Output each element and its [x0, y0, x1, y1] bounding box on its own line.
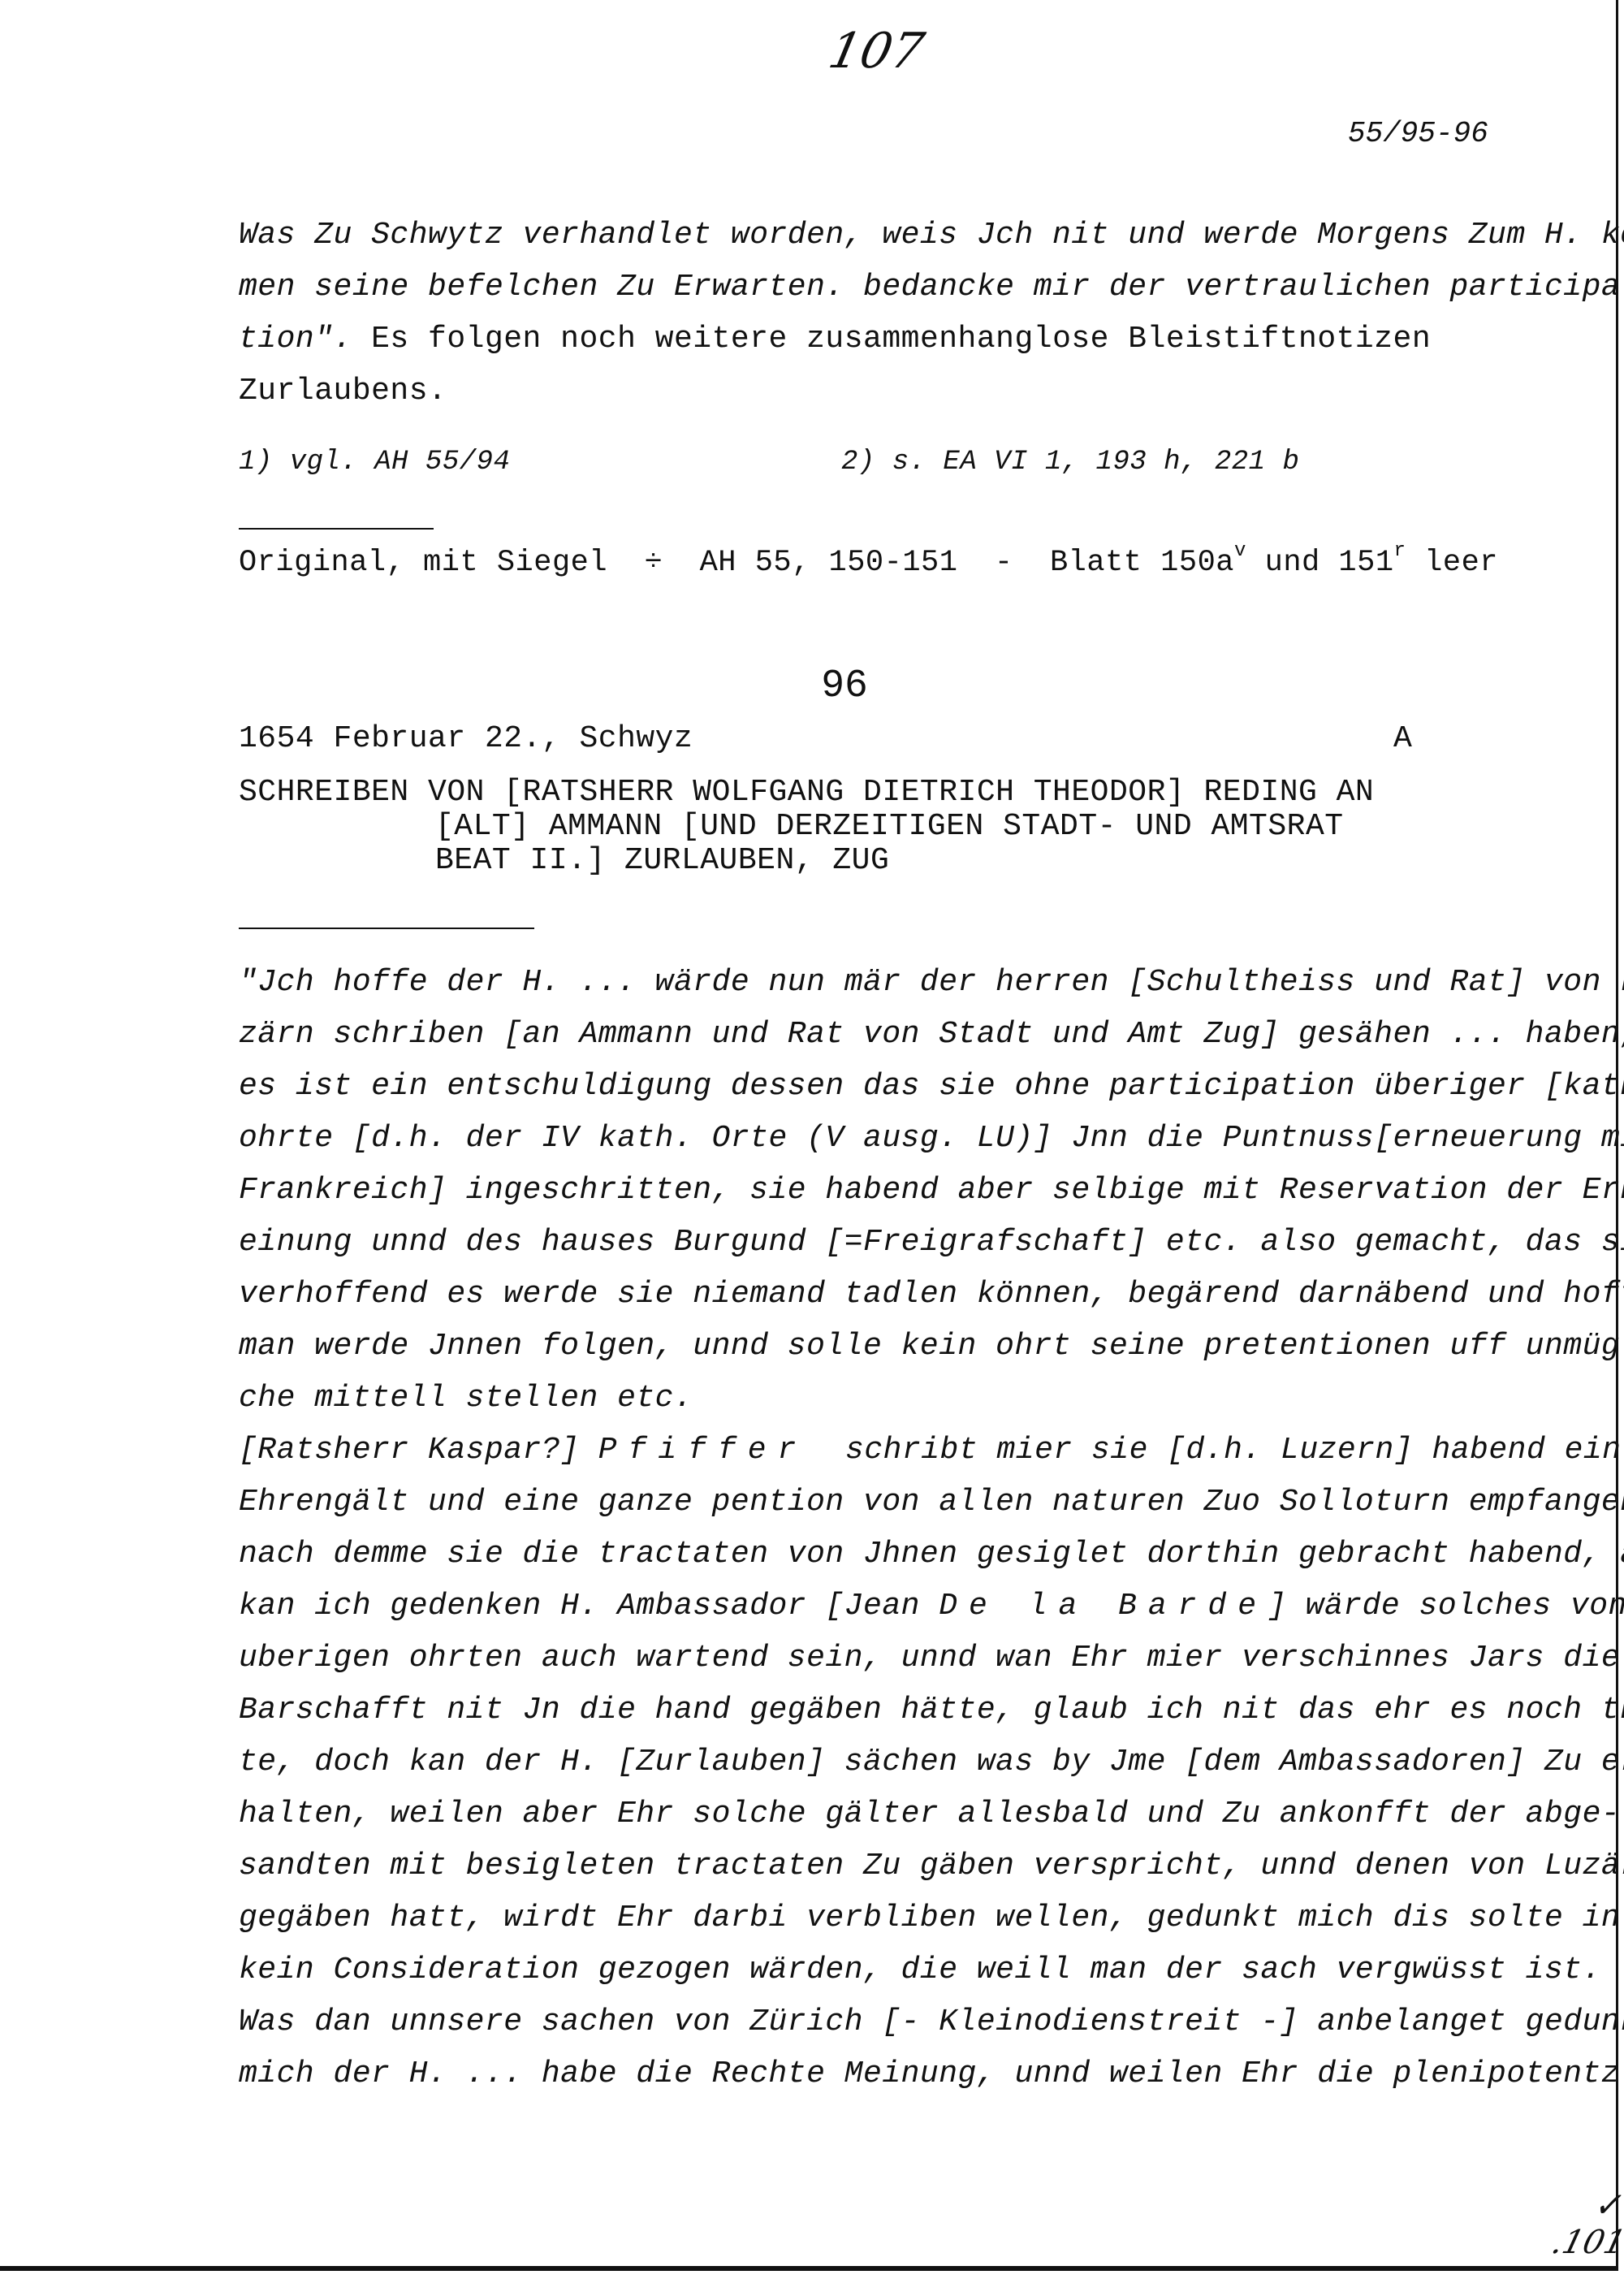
divider — [239, 928, 534, 929]
text-line: tion". Es folgen noch weitere zusammenha… — [239, 322, 1431, 357]
body-line: Ehrengält und eine ganze pention von all… — [239, 1485, 1624, 1520]
text-fragment: ] wärde solches von — [1268, 1589, 1624, 1624]
document-title-line: [ALT] AMMANN [UND DERZEITIGEN STADT- UND… — [435, 809, 1344, 844]
text-fragment: kan ich gedenken H. Ambassador [Jean — [239, 1589, 939, 1624]
body-line: Barschafft nit Jn die hand gegäben hätte… — [239, 1693, 1624, 1728]
body-line: kan ich gedenken H. Ambassador [Jean De … — [239, 1589, 1624, 1624]
text-fragment: und 151 — [1246, 546, 1394, 580]
spaced-name: De la Barde — [939, 1589, 1268, 1624]
divider — [239, 528, 434, 530]
document-title-line: BEAT II.] ZURLAUBEN, ZUG — [435, 843, 889, 878]
body-line: es ist ein entschuldigung dessen das sie… — [239, 1069, 1624, 1104]
body-line: [Ratsherr Kaspar?] Pfiffer schribt mier … — [239, 1433, 1621, 1468]
document-page: 107 55/95-96 Was Zu Schwytz verhandlet w… — [0, 0, 1618, 2271]
body-line: zärn schriben [an Ammann und Rat von Sta… — [239, 1017, 1624, 1052]
superscript: r — [1394, 540, 1406, 562]
document-reference: 55/95-96 — [1348, 117, 1488, 150]
body-line: Frankreich] ingeschritten, sie habend ab… — [239, 1173, 1624, 1208]
body-line: kein Consideration gezogen wärden, die w… — [239, 1953, 1601, 1987]
date-place: 1654 Februar 22., Schwyz — [239, 721, 693, 756]
body-line: te, doch kan der H. [Zurlauben] sächen w… — [239, 1745, 1624, 1780]
body-line: "Jch hoffe der H. ... wärde nun mär der … — [239, 965, 1624, 1000]
text-fragment: schribt mier sie [d.h. Luzern] habend ei… — [807, 1433, 1621, 1468]
body-line: nach demme sie die tractaten von Jhnen g… — [239, 1537, 1624, 1572]
body-line: che mittell stellen etc. — [239, 1381, 693, 1416]
text-fragment: [Ratsherr Kaspar?] — [239, 1433, 598, 1468]
body-line: halten, weilen aber Ehr solche gälter al… — [239, 1797, 1620, 1831]
document-number: 96 — [0, 664, 1624, 708]
text-line: men seine befelchen Zu Erwarten. bedanck… — [239, 270, 1624, 305]
text-fragment: tion". — [239, 322, 352, 357]
handwritten-folio-number: .101 — [1548, 2224, 1624, 2261]
body-line: verhoffend es werde sie niemand tadlen k… — [239, 1277, 1624, 1312]
body-line: einung unnd des hauses Burgund [=Freigra… — [239, 1225, 1624, 1260]
body-line: mich der H. ... habe die Rechte Meinung,… — [239, 2056, 1624, 2091]
text-fragment: leer — [1406, 546, 1498, 580]
superscript: v — [1234, 540, 1246, 562]
text-fragment: Original, mit Siegel ÷ AH 55, 150-151 - … — [239, 546, 1234, 580]
body-line: Was dan unnsere sachen von Zürich [- Kle… — [239, 2004, 1624, 2039]
source-note: Original, mit Siegel ÷ AH 55, 150-151 - … — [239, 546, 1498, 580]
spaced-name: Pfiffer — [598, 1433, 808, 1468]
text-fragment: Es folgen noch weitere zusammenhanglose … — [352, 322, 1431, 357]
type-code: A — [1393, 721, 1412, 756]
body-line: ohrte [d.h. der IV kath. Orte (V ausg. L… — [239, 1121, 1624, 1156]
footnote-1: 1) vgl. AH 55/94 — [239, 447, 510, 478]
body-line: uberigen ohrten auch wartend sein, unnd … — [239, 1641, 1620, 1676]
body-line: sandten mit besigleten tractaten Zu gäbe… — [239, 1849, 1624, 1883]
handwritten-page-number: 107 — [824, 23, 929, 80]
body-line: gegäben hatt, wirdt Ehr darbi verbliben … — [239, 1901, 1620, 1935]
body-line: man werde Jnnen folgen, unnd solle kein … — [239, 1329, 1624, 1364]
text-line: Was Zu Schwytz verhandlet worden, weis J… — [239, 218, 1624, 253]
text-line: Zurlaubens. — [239, 374, 447, 409]
footnote-2: 2) s. EA VI 1, 193 h, 221 b — [841, 447, 1299, 478]
checkmark-icon: ✓ — [1593, 2185, 1622, 2225]
document-title-line: SCHREIBEN VON [RATSHERR WOLFGANG DIETRIC… — [239, 775, 1374, 810]
